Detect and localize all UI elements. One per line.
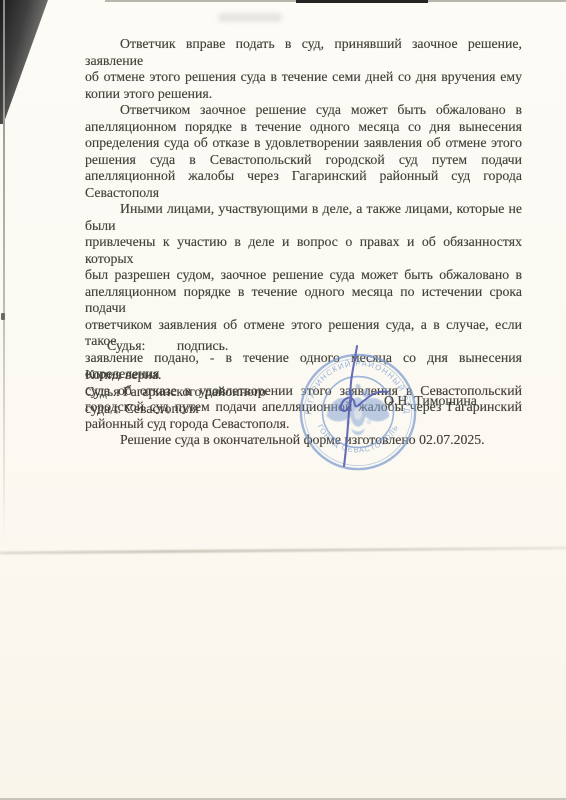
copy-certification-line: Судья Гагаринского районного — [85, 383, 266, 400]
copy-certification-line: суда г. Севастополя — [85, 400, 266, 417]
paragraph-line: Иными лицами, участвующими в деле, а так… — [85, 201, 522, 234]
paragraph-line: решения суда в Севастопольский городской… — [85, 152, 522, 169]
scan-left-edge-line — [3, 0, 5, 545]
paragraph-line: Ответчик вправе подать в суд, принявший … — [85, 36, 522, 69]
scan-corner-fold-artifact — [0, 0, 48, 124]
paragraph: Ответчиком заочное решение суда может бы… — [85, 102, 522, 201]
paragraph: Ответчик вправе подать в суд, принявший … — [85, 36, 522, 102]
paragraph-line: об отмене этого решения суда в течение с… — [85, 69, 522, 86]
judge-name: О.Н. Тимошина — [384, 393, 477, 409]
paragraph-line: привлечены к участию в деле и вопрос о п… — [85, 234, 522, 267]
paragraph-line: апелляционном порядке в течение одного м… — [85, 284, 522, 317]
judge-signature-placeholder: подпись. — [177, 338, 229, 354]
scanned-court-document-page: Ответчик вправе подать в суд, принявший … — [0, 0, 566, 800]
scan-top-dark-segment — [296, 0, 428, 3]
paragraph-line: определения суда об отказе в удовлетворе… — [85, 135, 522, 152]
judge-label: Судья: — [107, 338, 145, 354]
paragraph-line: Ответчиком заочное решение суда может бы… — [85, 102, 522, 119]
paragraph-line: копии этого решения. — [85, 86, 522, 103]
copy-certification-line: Копия верна. — [85, 366, 266, 383]
copy-certification-block: Копия верна. Судья Гагаринского районног… — [85, 366, 266, 417]
scan-smudge — [218, 13, 282, 22]
paragraph-line: апелляционной жалобы через Гагаринский р… — [85, 168, 522, 201]
judge-handwritten-signature — [308, 338, 420, 480]
paragraph-line: был разрешен судом, заочное решение суда… — [85, 267, 522, 284]
judge-signature-line: Судья: подпись. — [85, 338, 228, 354]
scan-left-edge-mark — [1, 313, 5, 320]
paper-fold-crease — [0, 547, 566, 555]
paragraph-line: апелляционном порядке в течение одного м… — [85, 119, 522, 136]
